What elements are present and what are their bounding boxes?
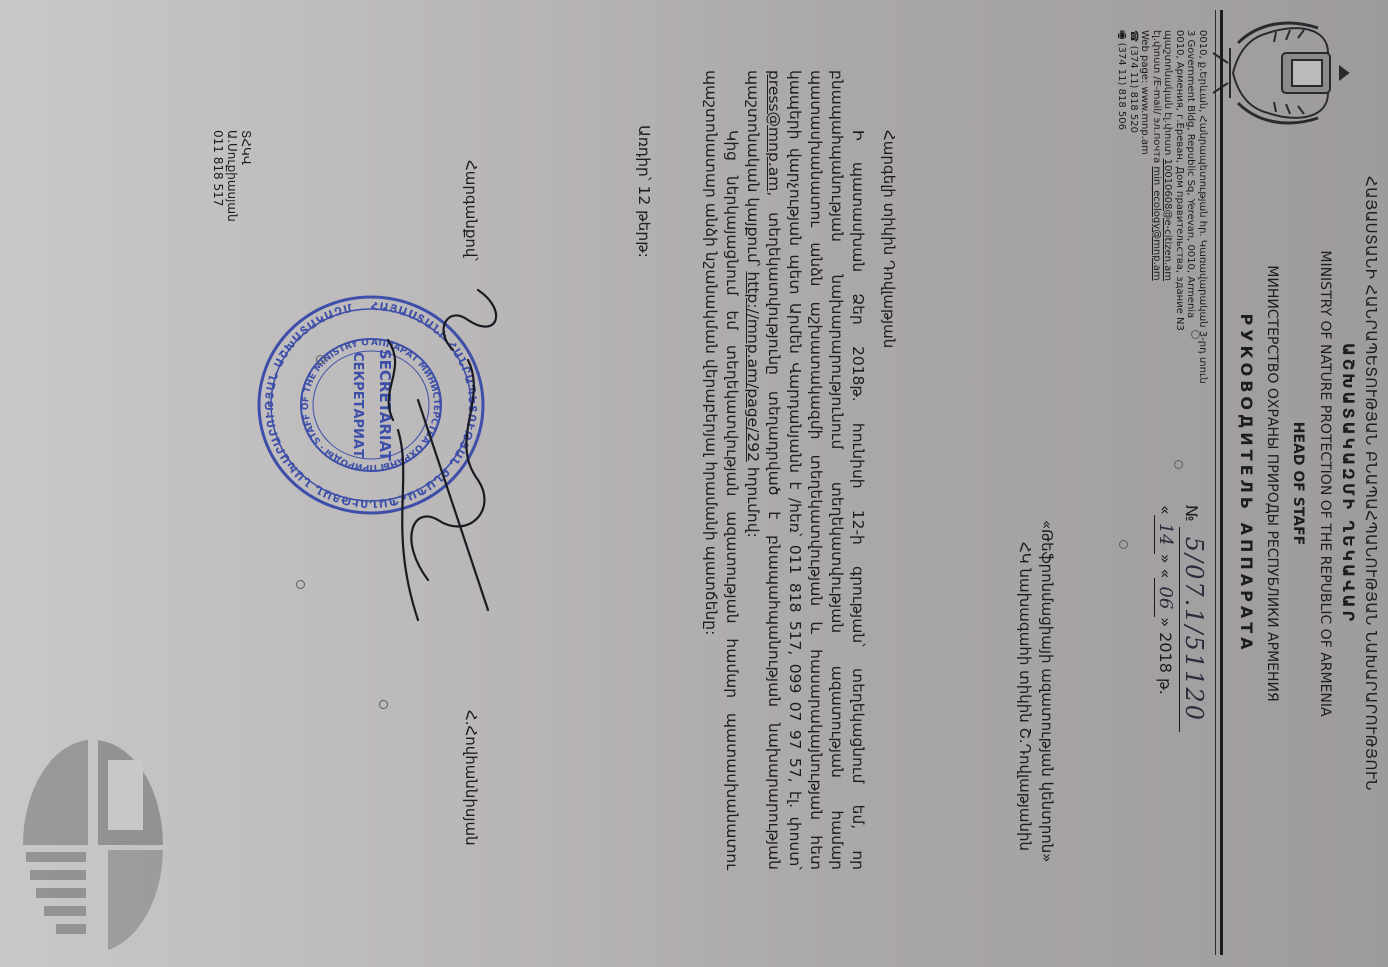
punch-hole bbox=[296, 580, 305, 589]
footer-logo-icon bbox=[18, 720, 168, 967]
number-label: № bbox=[1182, 505, 1201, 522]
ministry-name-english: MINISTRY OF NATURE PROTECTION OF THE REP… bbox=[1317, 0, 1333, 967]
executor-department: ՏՀԿՎ bbox=[239, 130, 253, 222]
fax-icon: 🖷 bbox=[1117, 30, 1128, 39]
recipient-block: «Թեֆրոնմացիայի ազատության կենտրոն» ՀԿ նա… bbox=[1014, 520, 1058, 863]
official-eaddress-row: պաշտոնական էլ.փոստ 10010608@e-citizen.am bbox=[1162, 30, 1174, 390]
eaddress-link[interactable]: 10010608@e-citizen.am bbox=[1163, 159, 1174, 281]
punch-hole bbox=[1174, 460, 1183, 469]
date-year: » 2018 թ. bbox=[1156, 617, 1175, 695]
eaddress-label: պաշտոնական էլ.փոստ bbox=[1163, 30, 1174, 155]
date-day: 14 bbox=[1154, 515, 1176, 554]
punch-hole bbox=[1119, 540, 1128, 549]
punch-hole bbox=[1191, 330, 1200, 339]
body-paragraph-2: Կից ներկայացնում եմ տեղեկատվության ազատո… bbox=[700, 70, 742, 870]
executor-name: Ա.Սուքիասյան bbox=[225, 130, 239, 222]
date-month: 06 bbox=[1154, 578, 1176, 617]
letter-document: ՀԱՅԱՍՏԱՆԻ ՀԱՆՐԱՊԵՏՈՒԹՅԱՆ ԲՆԱՊԱՀՊԱՆՈՒԹՅԱՆ… bbox=[0, 0, 1388, 967]
signoff-label: Հարգանքով՝ bbox=[462, 160, 480, 261]
recipient-person: ՀԿ նախագահի տիկին Շ.Դովլաթյանին bbox=[1014, 520, 1036, 863]
punch-hole bbox=[316, 355, 325, 364]
web-label: Web page: bbox=[1140, 30, 1151, 83]
web-row: Web page: www.mnp.am bbox=[1139, 30, 1151, 390]
executor-phone: 011 818 517 bbox=[211, 130, 225, 222]
web-link[interactable]: www.mnp.am bbox=[1140, 87, 1151, 155]
signer-name: Հ.Հովհաննիսյան bbox=[462, 710, 480, 846]
ministry-name-armenian: ՀԱՅԱՍՏԱՆԻ ՀԱՆՐԱՊԵՏՈՒԹՅԱՆ ԲՆԱՊԱՀՊԱՆՈՒԹՅԱՆ… bbox=[1362, 0, 1380, 967]
phone-number: (374 11) 818 520 bbox=[1128, 46, 1139, 133]
press-email-link[interactable]: press@mnp.am bbox=[765, 70, 783, 191]
phone-row: ☎ (374 11) 818 520 bbox=[1128, 30, 1140, 390]
header-rule-thick bbox=[1220, 10, 1223, 955]
coat-of-arms-icon bbox=[1208, 18, 1358, 128]
header-rule-thin bbox=[1215, 10, 1216, 955]
reference-date: «14» «06» 2018 թ. bbox=[1155, 505, 1176, 695]
email-label: էլ.փոստ /E-mail/ эл.почта bbox=[1151, 30, 1162, 163]
ministry-name-russian: МИНИСТЕРСТВО ОХРАНЫ ПРИРОДЫ РЕСПУБЛИКИ А… bbox=[1264, 0, 1280, 967]
office-title-english: HEAD OF STAFF bbox=[1290, 0, 1306, 967]
reference-number: № 5/07.1/51120 bbox=[1180, 505, 1208, 732]
attachment-note: Առդիր՝ 12 թերթ: bbox=[635, 125, 653, 258]
recipient-organization: «Թեֆրոնմացիայի ազատության կենտրոն» bbox=[1036, 520, 1058, 863]
page-link[interactable]: http://mnp.am/page/292 bbox=[744, 271, 762, 462]
fax-number: (374 11) 818 506 bbox=[1117, 43, 1128, 130]
fax-row: 🖷 (374 11) 818 506 bbox=[1116, 30, 1128, 390]
address-russian: 0010, Армения, г.Ереван, Дом правительст… bbox=[1174, 30, 1186, 390]
punch-hole bbox=[379, 700, 388, 709]
executor-info: ՏՀԿՎ Ա.Սուքիասյան 011 818 517 bbox=[211, 130, 253, 222]
handwritten-signature bbox=[358, 280, 508, 640]
salutation: Հարգելի տիկին Դովլաթյան bbox=[880, 130, 898, 348]
office-title-armenian: ԱՇԽԱՏԱԿԱԶՄԻ ՂԵԿԱՎԱՐ bbox=[1339, 0, 1358, 967]
office-title-russian: РУКОВОДИТЕЛЬ АППАРАТА bbox=[1237, 0, 1256, 967]
phone-icon: ☎ bbox=[1128, 30, 1139, 42]
email-link[interactable]: min_ecology@mnp.am bbox=[1151, 166, 1162, 280]
letter-body: Ի պատասխան Ձեր 2018թ. հունիսի 12-ի գրութ… bbox=[700, 70, 868, 870]
body-paragraph-1: Ի պատասխան Ձեր 2018թ. հունիսի 12-ի գրութ… bbox=[742, 70, 868, 870]
handwritten-reference-number: 5/07.1/51120 bbox=[1179, 527, 1208, 732]
email-row: էլ.փոստ /E-mail/ эл.почта min_ecology@mn… bbox=[1151, 30, 1163, 390]
